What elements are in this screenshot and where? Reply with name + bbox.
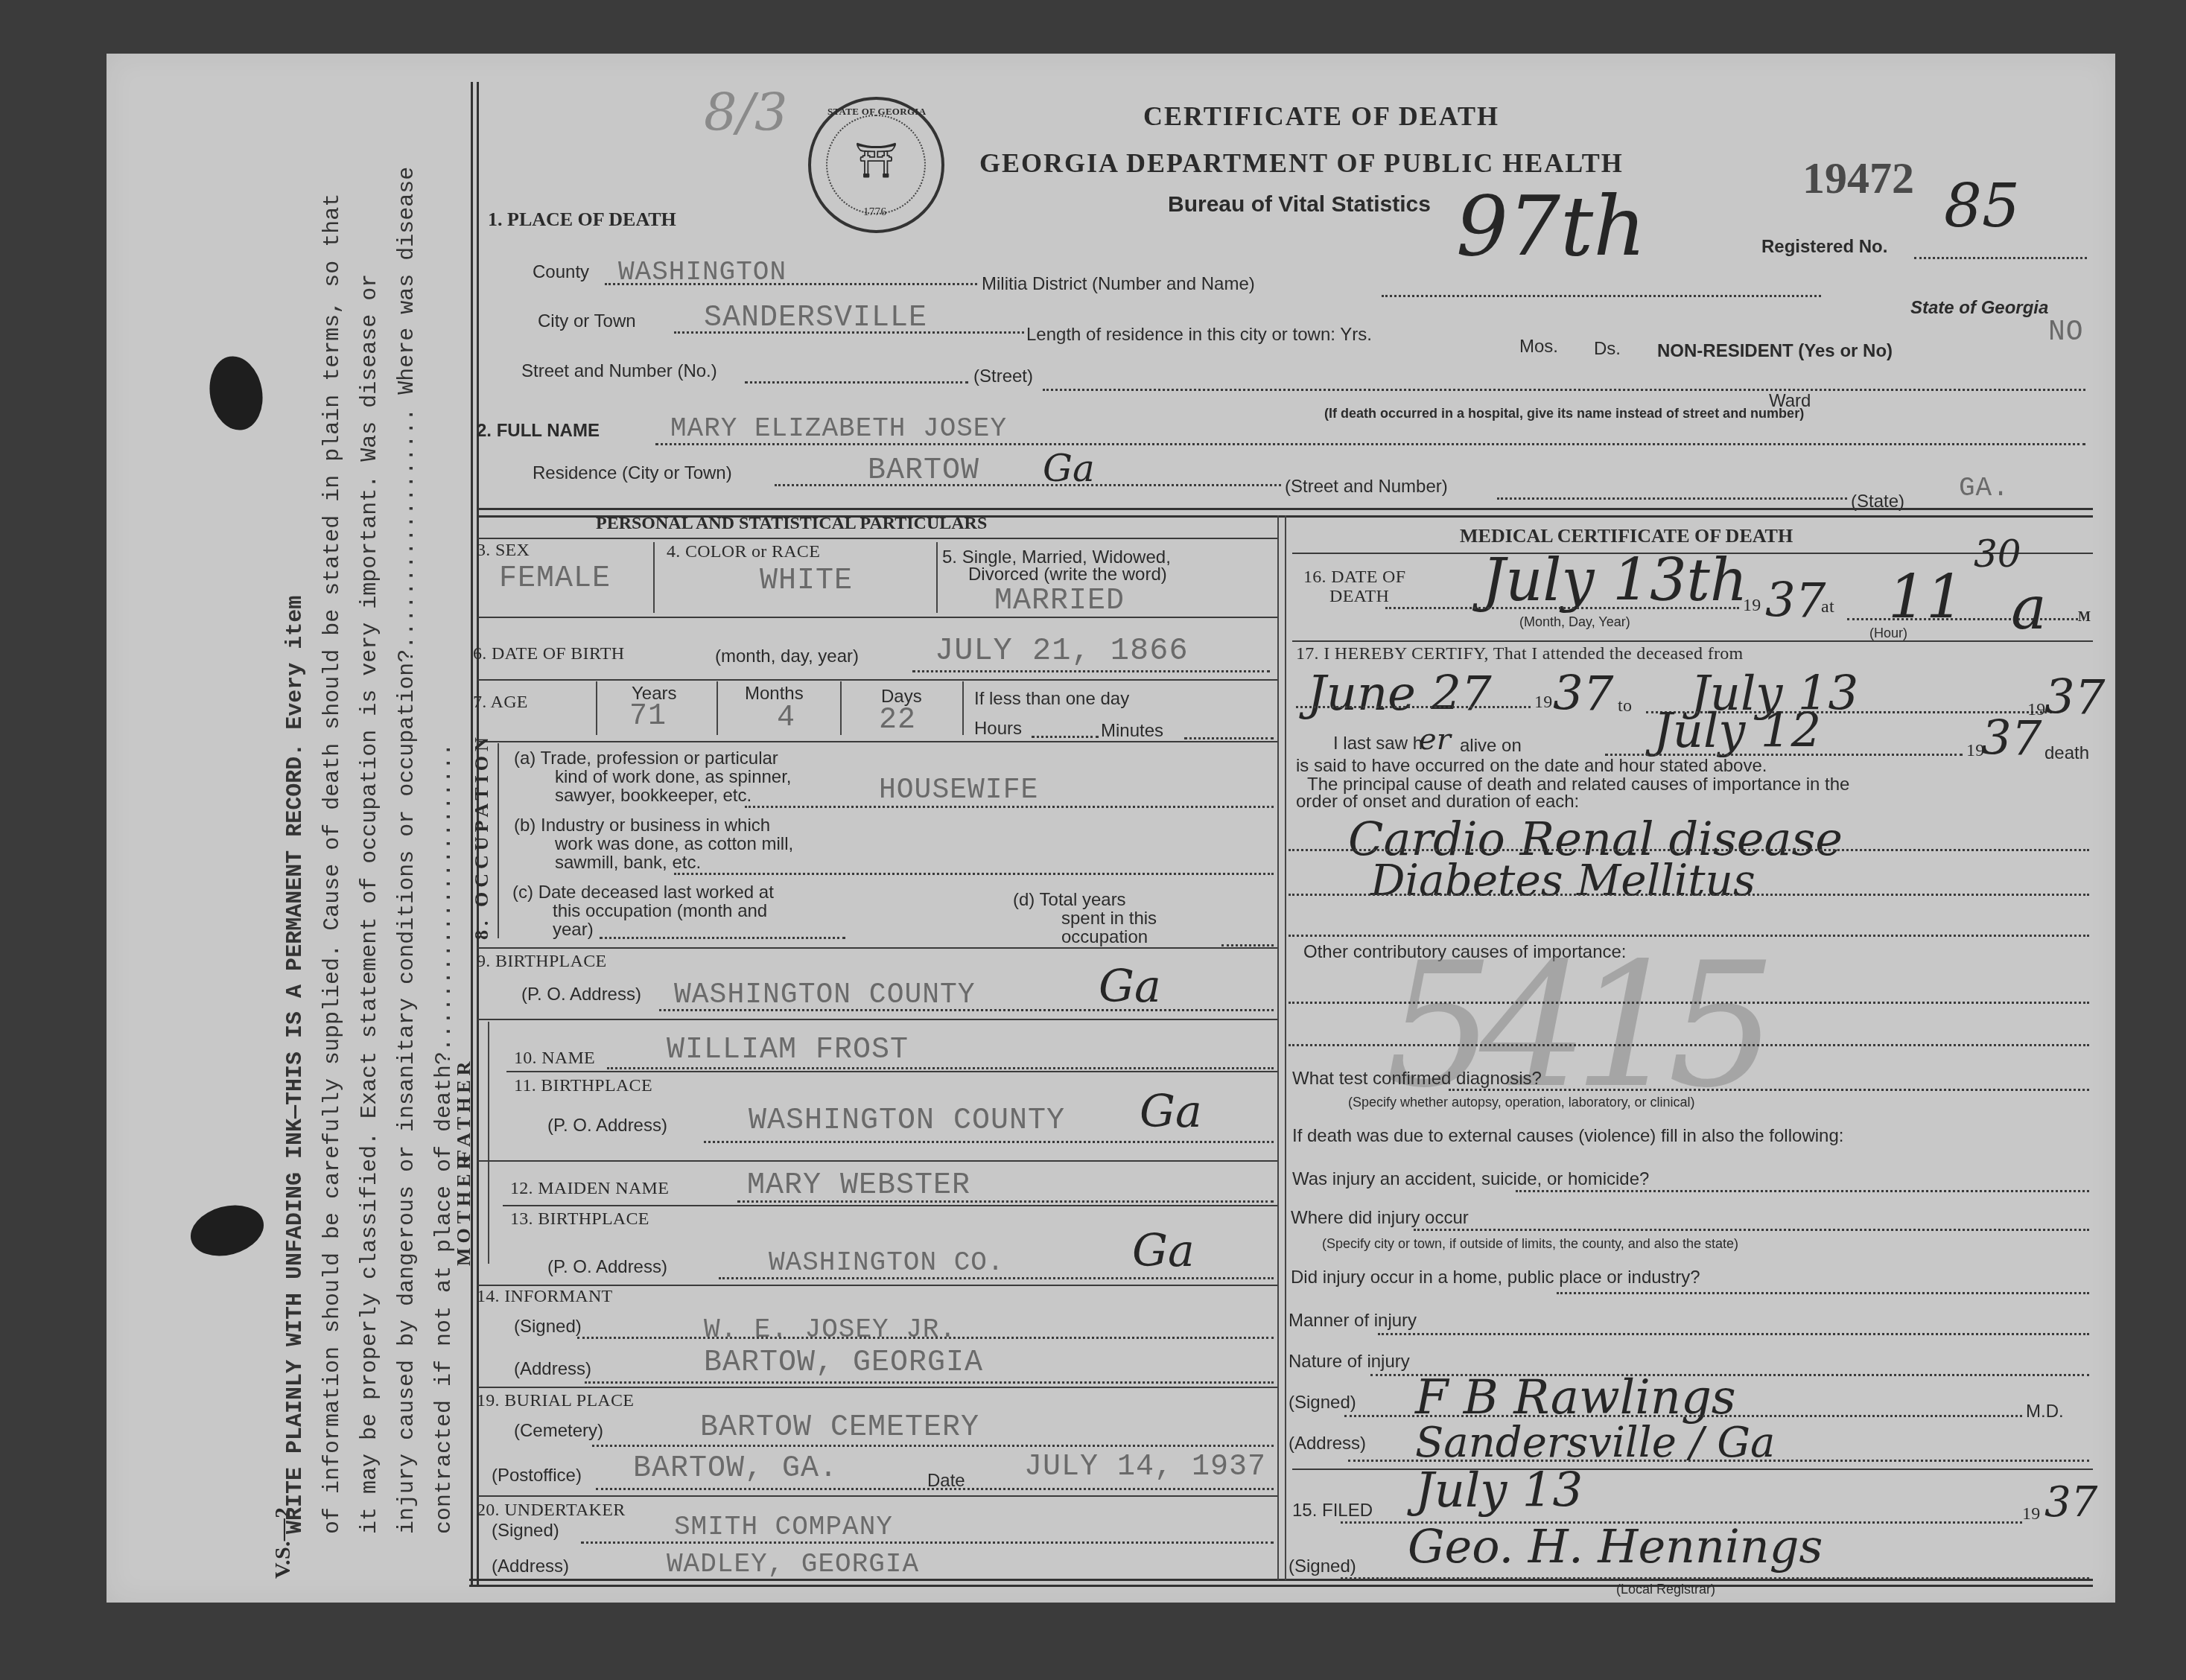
contributory-line-2 [1289, 1044, 2089, 1046]
father-side-label: FATHER [453, 1057, 475, 1162]
where-injury-label: Where did injury occur [1291, 1208, 1469, 1229]
city-value: SANDERSVILLE [704, 302, 927, 335]
occupation-bottom-rule [477, 947, 1277, 949]
occupation-a-3: sawyer, bookkeeper, etc. [555, 786, 752, 806]
mother-birthplace-value: WASHINGTON CO. [769, 1247, 1004, 1278]
street-number-label: Street and Number (No.) [521, 361, 717, 382]
informant-address-line [585, 1381, 1274, 1384]
margin-instructions: WRITE PLAINLY WITH UNFADING INK—THIS IS … [277, 167, 463, 1534]
informant-signed-line [577, 1337, 1274, 1339]
birthplace-label: 9. BIRTHPLACE [477, 952, 606, 972]
age-divider-4 [962, 681, 964, 735]
personal-row-rule-3 [477, 741, 1277, 742]
father-birthplace-line [704, 1141, 1274, 1143]
birthplace-line [659, 1009, 1274, 1011]
test-line [1449, 1089, 2089, 1091]
nonresident-label: NON-RESIDENT (Yes or No) [1657, 341, 1893, 362]
attended-from-line [1296, 706, 1531, 708]
informant-address-value: BARTOW, GEORGIA [704, 1346, 983, 1380]
father-name-value: WILLIAM FROST [667, 1034, 909, 1067]
death-date-sub: (Month, Day, Year) [1519, 614, 1630, 630]
militia-label: Militia District (Number and Name) [982, 274, 1255, 295]
father-name-label: 10. NAME [514, 1049, 595, 1069]
hours-line [1032, 736, 1099, 738]
occupation-d-line [1221, 944, 1274, 946]
where-injury-line [1414, 1229, 2089, 1231]
residence-value: BARTOW [868, 454, 979, 488]
registrar-signed-line [1341, 1577, 2089, 1579]
occupation-c-1: (c) Date deceased last worked at [512, 882, 774, 903]
bureau-title: Bureau of Vital Statistics [1168, 192, 1431, 217]
ds-label: Ds. [1594, 339, 1621, 360]
age-days-value: 22 [879, 704, 916, 737]
medical-section-title: MEDICAL CERTIFICATE OF DEATH [1460, 525, 1793, 547]
margin-line-5: contracted if not at place of death?....… [426, 167, 463, 1534]
age-divider-2 [717, 681, 718, 735]
age-years-value: 71 [629, 700, 667, 734]
burial-postoffice-label: (Postoffice) [492, 1466, 582, 1486]
occupation-d-1: (d) Total years [1013, 890, 1126, 911]
father-bottom-rule [477, 1160, 1277, 1162]
registered-no-line [1914, 257, 2087, 259]
residence-street-line [1497, 497, 1847, 500]
street-label: (Street) [973, 366, 1033, 387]
burial-cemetery-value: BARTOW CEMETERY [700, 1411, 979, 1445]
occupation-d-2: spent in this [1061, 909, 1157, 929]
father-birthplace-hand: Ga [1140, 1086, 1202, 1138]
margin-line-3: it may be properly classified. Exact sta… [352, 167, 389, 1534]
physician-signed-label: (Signed) [1289, 1393, 1356, 1413]
alive-on-label: alive on [1460, 736, 1522, 757]
age-divider-1 [596, 681, 597, 735]
death-hour-value: 11 [1888, 562, 1964, 631]
sex-label: 3. SEX [477, 541, 530, 561]
age-months-value: 4 [777, 701, 795, 735]
city-label: City or Town [538, 311, 636, 332]
form-bottom-border-2 [469, 1585, 2093, 1587]
county-line [605, 283, 977, 285]
dob-label: 6. DATE OF BIRTH [473, 644, 624, 664]
home-injury-line [1557, 1292, 2089, 1294]
filed-year: 37 [2044, 1478, 2097, 1527]
undertaker-label: 20. UNDERTAKER [477, 1501, 626, 1521]
last-saw-date: July 12 [1653, 704, 1821, 759]
death-m-label: M [2078, 609, 2091, 625]
residence-line [775, 484, 1281, 486]
birthplace-bottom-rule [477, 1019, 1277, 1020]
state-of-georgia-label: State of Georgia [1910, 298, 2048, 319]
race-label: 4. COLOR or RACE [667, 542, 820, 562]
burial-postoffice-value: BARTOW, GA. [633, 1452, 838, 1486]
minutes-line [1184, 737, 1274, 739]
occupation-c-3: year) [553, 920, 594, 941]
burial-bottom-rule [477, 1495, 1277, 1497]
medical-bottom-rule [1292, 1469, 2093, 1470]
attended-from-year-prefix: 19 [1534, 693, 1553, 713]
medical-row-rule-1 [1292, 640, 2093, 642]
father-birthplace-label: 11. BIRTHPLACE [514, 1076, 652, 1096]
accident-line [1516, 1190, 2089, 1192]
father-name-line [607, 1067, 1274, 1069]
death-year-value: 37 [1765, 573, 1826, 629]
physician-address-label: (Address) [1289, 1434, 1366, 1454]
registrar-signature: Geo. H. Hennings [1408, 1519, 1823, 1574]
mother-birthplace-line [719, 1277, 1274, 1279]
registered-no-label: Registered No. [1761, 237, 1887, 258]
nonresident-value: NO [2048, 316, 2084, 349]
cause-line-1 [1289, 849, 2089, 851]
occupation-c-2: this occupation (month and [553, 901, 767, 922]
occupation-side-label: 8. OCCUPATION [471, 733, 493, 940]
informant-signed-label: (Signed) [514, 1317, 582, 1337]
occupation-a-2: kind of work done, as spinner, [555, 767, 792, 788]
cause-of-death-2: Diabetes Mellitus [1370, 855, 1756, 906]
occupation-a-value: HOUSEWIFE [879, 774, 1038, 806]
file-number: 19472 [1802, 153, 1914, 204]
manner-injury-line [1378, 1333, 2089, 1335]
county-label: County [533, 262, 589, 283]
sex-value: FEMALE [499, 562, 611, 596]
age-divider-3 [840, 681, 842, 735]
father-po-label: (P. O. Address) [547, 1116, 667, 1136]
occupation-b-2: work was done, as cotton mill, [555, 834, 793, 855]
last-saw-year: 37 [1981, 711, 2042, 766]
last-saw-her: er [1419, 722, 1451, 757]
home-injury-label: Did injury occur in a home, public place… [1291, 1267, 1700, 1288]
father-row-rule [506, 1071, 1277, 1072]
undertaker-signed-value: SMITH COMPANY [674, 1512, 893, 1542]
personal-section-title: PERSONAL AND STATISTICAL PARTICULARS [596, 514, 987, 534]
death-date-line [1385, 607, 1739, 609]
street-and-number-label: (Street and Number) [1285, 477, 1448, 497]
mother-row-rule [503, 1205, 1277, 1206]
residence-state-value: GA. [1959, 473, 2009, 503]
attended-to-label: to [1618, 696, 1632, 716]
manner-injury-label: Manner of injury [1289, 1311, 1417, 1331]
occupation-b-3: sawmill, bank, etc. [555, 853, 701, 874]
marital-label-2: Divorced (write the word) [968, 564, 1167, 585]
certificate-title: CERTIFICATE OF DEATH [1143, 101, 1499, 132]
physician-address-line [1348, 1460, 2089, 1462]
informant-label: 14. INFORMANT [477, 1287, 613, 1307]
minutes-label: Minutes [1101, 721, 1163, 742]
seal-year: 1776 [863, 206, 886, 219]
accident-label: Was injury an accident, suicide, or homi… [1292, 1169, 1649, 1190]
death-year-prefix: 19 [1743, 596, 1761, 616]
residence-length-label: Length of residence in this city or town… [1026, 325, 1372, 346]
md-label: M.D. [2026, 1401, 2064, 1422]
street-number-line [745, 381, 968, 384]
informant-bottom-rule [477, 1387, 1277, 1388]
personal-title-rule [477, 538, 1277, 539]
registrar-label: (Local Registrar) [1616, 1582, 1715, 1597]
militia-district-value: 97th [1456, 179, 1646, 274]
mother-birthplace-hand: Ga [1132, 1225, 1195, 1277]
burial-cemetery-line [592, 1445, 1274, 1447]
death-date-value: July 13th [1482, 547, 1747, 614]
margin-note: 8/3 [704, 82, 788, 143]
dob-sub-label: (month, day, year) [715, 646, 859, 667]
informant-address-label: (Address) [514, 1359, 591, 1380]
contributory-line-1 [1289, 1002, 2089, 1004]
marital-value: MARRIED [994, 585, 1125, 618]
burial-date-value: JULY 14, 1937 [1024, 1451, 1266, 1484]
occupation-b-1: (b) Industry or business in which [514, 815, 770, 836]
occupation-d-3: occupation [1061, 927, 1148, 948]
filed-year-prefix: 19 [2022, 1504, 2041, 1524]
death-hour-sub: (Hour) [1869, 626, 1907, 641]
test-label: What test confirmed diagnosis? [1292, 1069, 1542, 1089]
occupation-side-divider [498, 743, 499, 938]
registered-no-value: 85 [1944, 171, 2020, 241]
birthplace-hand: Ga [1099, 961, 1161, 1013]
death-ampm-value: a [2011, 573, 2047, 643]
where-injury-sub: (Specify city or town, if outside of lim… [1322, 1236, 1738, 1252]
death-word-label: death [2044, 743, 2089, 764]
cause-line-2 [1289, 894, 2089, 896]
full-name-line [655, 443, 2085, 445]
undertaker-signed-label: (Signed) [492, 1521, 559, 1541]
last-saw-label: I last saw h [1333, 734, 1423, 754]
less-than-day-label: If less than one day [974, 689, 1129, 710]
age-label: 7. AGE [473, 693, 528, 713]
death-date-label-2: DEATH [1329, 587, 1389, 607]
mother-birthplace-label: 13. BIRTHPLACE [510, 1209, 649, 1229]
full-name-value: MARY ELIZABETH JOSEY [670, 413, 1007, 444]
father-side-divider [488, 1022, 489, 1163]
margin-line-2: of information should be carefully suppl… [314, 167, 352, 1534]
test-sub: (Specify whether autopsy, operation, lab… [1348, 1095, 1695, 1110]
father-birthplace-value: WASHINGTON COUNTY [749, 1104, 1065, 1138]
said-text: is said to have occurred on the date and… [1296, 756, 1767, 777]
physician-signed-line [1344, 1415, 2022, 1417]
occupation-b-line [674, 873, 1274, 875]
undertaker-signed-line [581, 1541, 1274, 1544]
mother-maiden-line [737, 1200, 1274, 1203]
personal-row-rule-2 [477, 679, 1277, 681]
mother-side-label: MOTHER [453, 1151, 475, 1266]
section-place-of-death: 1. PLACE OF DEATH [488, 209, 676, 231]
dob-value: JULY 21, 1866 [935, 633, 1189, 669]
street-line [1043, 389, 2085, 391]
registrar-signed-label: (Signed) [1289, 1556, 1356, 1577]
margin-line-4: injury caused by dangerous or insanitary… [389, 167, 426, 1534]
death-date-label-1: 16. DATE OF [1303, 567, 1405, 588]
burial-label: 19. BURIAL PLACE [477, 1391, 634, 1411]
city-line [674, 331, 1024, 334]
nature-injury-label: Nature of injury [1289, 1352, 1410, 1372]
sex-race-divider [653, 542, 655, 613]
seal-text: STATE OF GEORGIA [827, 106, 926, 118]
militia-line [1382, 295, 1821, 297]
section-divider-top [477, 508, 2093, 510]
mother-po-label: (P. O. Address) [547, 1257, 667, 1278]
death-at-label: at [1821, 597, 1834, 617]
birthplace-value: WASHINGTON COUNTY [674, 979, 976, 1011]
state-seal: STATE OF GEORGIA ⛩ 1776 [808, 97, 944, 233]
occupation-a-1: (a) Trade, profession or particular [514, 748, 778, 769]
mother-bottom-rule [477, 1285, 1277, 1286]
column-divider-2 [1285, 515, 1286, 1580]
mother-side-divider [488, 1163, 489, 1264]
informant-signed-value: W. E. JOSEY JR. [704, 1314, 956, 1345]
death-minute-value: 30 [1974, 532, 2021, 576]
hours-label: Hours [974, 719, 1022, 739]
hospital-note: (If death occurred in a hospital, give i… [1324, 406, 1804, 421]
margin-line-1: WRITE PLAINLY WITH UNFADING INK—THIS IS … [277, 167, 314, 1534]
seal-arch-icon: ⛩ [854, 141, 898, 181]
birthplace-po-label: (P. O. Address) [521, 984, 641, 1005]
race-value: WHITE [760, 564, 853, 598]
residence-label: Residence (City or Town) [533, 463, 732, 484]
occupation-a-line [745, 806, 1274, 808]
undertaker-address-label: (Address) [492, 1556, 569, 1577]
external-causes-label: If death was due to external causes (vio… [1292, 1126, 1843, 1147]
occupation-c-line [600, 937, 845, 939]
department-title: GEORGIA DEPARTMENT OF PUBLIC HEALTH [979, 147, 1624, 179]
column-divider-1 [1277, 515, 1279, 1580]
attended-from-value: June 27 [1307, 666, 1492, 722]
mother-maiden-label: 12. MAIDEN NAME [510, 1179, 669, 1199]
attended-from-year: 37 [1553, 666, 1613, 722]
principal-text-2: order of onset and duration of each: [1296, 792, 1579, 812]
attended-to-year: 37 [2044, 670, 2105, 725]
undertaker-address-value: WADLEY, GEORGIA [667, 1549, 919, 1579]
race-marital-divider [936, 542, 938, 613]
filed-label: 15. FILED [1292, 1501, 1373, 1521]
personal-row-rule-1 [477, 617, 1277, 618]
burial-postoffice-line [596, 1488, 1274, 1490]
burial-cemetery-label: (Cemetery) [514, 1421, 603, 1442]
certify-text: 17. I HEREBY CERTIFY, That I attended th… [1296, 644, 1743, 664]
dob-line [912, 670, 1270, 672]
mos-label: Mos. [1519, 337, 1558, 357]
filed-date: July 13 [1415, 1463, 1583, 1518]
full-name-label: 2. FULL NAME [477, 421, 600, 442]
mother-maiden-value: MARY WEBSTER [747, 1169, 970, 1203]
